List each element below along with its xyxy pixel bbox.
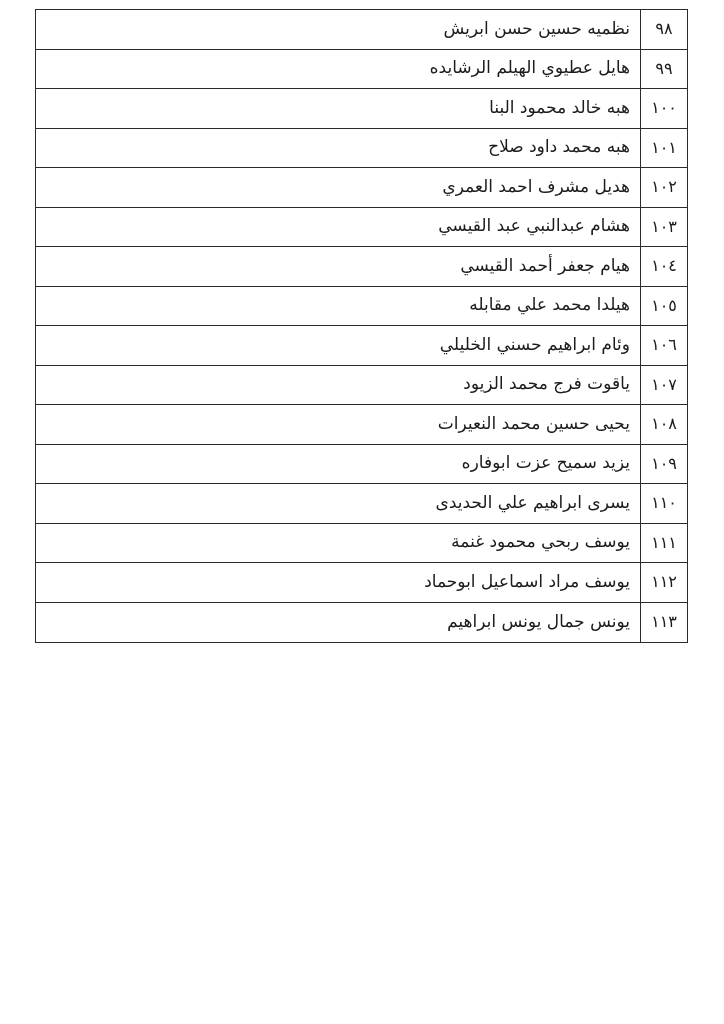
table-row: ١٠٦ وئام ابراهيم حسني الخليلي bbox=[36, 326, 687, 366]
row-number-cell: ١٠١ bbox=[640, 129, 687, 168]
table-row: ١٠٧ ياقوت فرج محمد الزيود bbox=[36, 366, 687, 406]
row-number-cell: ١١٢ bbox=[640, 563, 687, 602]
row-number-cell: ١٠٨ bbox=[640, 405, 687, 444]
table-row: ٩٩ هايل عطيوي الهيلم الرشايده bbox=[36, 50, 687, 90]
row-name-cell: هايل عطيوي الهيلم الرشايده bbox=[36, 50, 640, 89]
row-name-cell: يسرى ابراهيم علي الحديدى bbox=[36, 484, 640, 523]
row-number-cell: ١٠٤ bbox=[640, 247, 687, 286]
row-name-cell: يزيد سميح عزت ابوفاره bbox=[36, 445, 640, 484]
row-name-cell: يحيى حسين محمد النعيرات bbox=[36, 405, 640, 444]
row-number-cell: ١٠٣ bbox=[640, 208, 687, 247]
row-number-cell: ٩٩ bbox=[640, 50, 687, 89]
row-number-cell: ١١١ bbox=[640, 524, 687, 563]
row-name-cell: نظميه حسين حسن ابريش bbox=[36, 10, 640, 49]
row-name-cell: ياقوت فرج محمد الزيود bbox=[36, 366, 640, 405]
row-name-cell: يوسف ربحي محمود غنمة bbox=[36, 524, 640, 563]
row-number-cell: ٩٨ bbox=[640, 10, 687, 49]
table-row: ١٠٠ هبه خالد محمود البنا bbox=[36, 89, 687, 129]
row-number-cell: ١١٠ bbox=[640, 484, 687, 523]
row-number-cell: ١٠٩ bbox=[640, 445, 687, 484]
table-row: ١٠٢ هديل مشرف احمد العمري bbox=[36, 168, 687, 208]
table-row: ١٠٤ هيام جعفر أحمد القيسي bbox=[36, 247, 687, 287]
row-name-cell: هيام جعفر أحمد القيسي bbox=[36, 247, 640, 286]
table-row: ١٠٣ هشام عبدالنبي عبد القيسي bbox=[36, 208, 687, 248]
table-row: ١٠٨ يحيى حسين محمد النعيرات bbox=[36, 405, 687, 445]
table-row: ١١١ يوسف ربحي محمود غنمة bbox=[36, 524, 687, 564]
document-page: ٩٨ نظميه حسين حسن ابريش ٩٩ هايل عطيوي ال… bbox=[0, 0, 724, 1024]
row-name-cell: يوسف مراد اسماعيل ابوحماد bbox=[36, 563, 640, 602]
row-name-cell: هيلدا محمد علي مقابله bbox=[36, 287, 640, 326]
table-row: ١٠١ هبه محمد داود صلاح bbox=[36, 129, 687, 169]
name-list-table: ٩٨ نظميه حسين حسن ابريش ٩٩ هايل عطيوي ال… bbox=[35, 9, 688, 643]
table-row: ٩٨ نظميه حسين حسن ابريش bbox=[36, 10, 687, 50]
row-number-cell: ١٠٠ bbox=[640, 89, 687, 128]
row-number-cell: ١٠٦ bbox=[640, 326, 687, 365]
table-row: ١٠٩ يزيد سميح عزت ابوفاره bbox=[36, 445, 687, 485]
row-name-cell: هبه خالد محمود البنا bbox=[36, 89, 640, 128]
row-number-cell: ١٠٢ bbox=[640, 168, 687, 207]
row-name-cell: هديل مشرف احمد العمري bbox=[36, 168, 640, 207]
table-row: ١١٣ يونس جمال يونس ابراهيم bbox=[36, 603, 687, 643]
row-name-cell: وئام ابراهيم حسني الخليلي bbox=[36, 326, 640, 365]
table-row: ١١٠ يسرى ابراهيم علي الحديدى bbox=[36, 484, 687, 524]
row-name-cell: هبه محمد داود صلاح bbox=[36, 129, 640, 168]
row-name-cell: يونس جمال يونس ابراهيم bbox=[36, 603, 640, 643]
row-number-cell: ١٠٥ bbox=[640, 287, 687, 326]
row-number-cell: ١١٣ bbox=[640, 603, 687, 643]
row-number-cell: ١٠٧ bbox=[640, 366, 687, 405]
table-row: ١١٢ يوسف مراد اسماعيل ابوحماد bbox=[36, 563, 687, 603]
table-row: ١٠٥ هيلدا محمد علي مقابله bbox=[36, 287, 687, 327]
row-name-cell: هشام عبدالنبي عبد القيسي bbox=[36, 208, 640, 247]
